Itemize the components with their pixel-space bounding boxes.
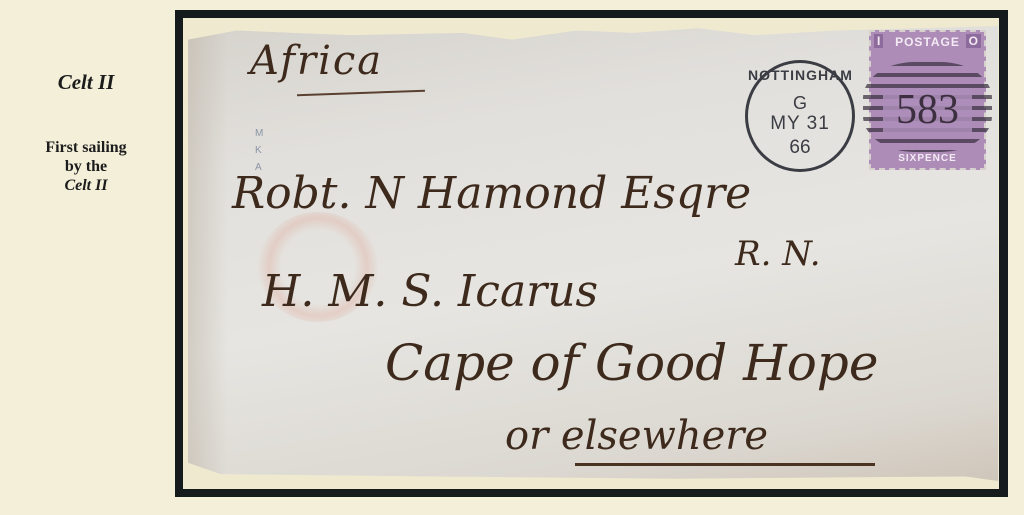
address-line-1b: R. N.: [735, 234, 821, 274]
caption-line-1: First sailing: [0, 138, 172, 157]
pencil-note: M: [255, 125, 263, 142]
postmark-year: 66: [748, 137, 852, 159]
postmark-date: MY 31: [748, 113, 852, 135]
caption-line-2: by the: [0, 157, 172, 176]
sixpence-stamp: I POSTAGE O 583 SIXPENCE: [869, 30, 986, 170]
postmark-code: G: [748, 93, 852, 114]
pencil-note: K: [255, 142, 263, 159]
cancel-number: 583: [883, 88, 972, 132]
nottingham-postmark: NOTTINGHAM G MY 31 66: [745, 60, 855, 172]
manuscript-africa: Africa: [250, 38, 383, 84]
stamp-corner-right: O: [966, 34, 981, 48]
caption-line-3: Celt II: [0, 176, 172, 195]
address-line-3: Cape of Good Hope: [385, 334, 878, 392]
caption-title: Celt II: [0, 70, 172, 95]
stamp-value-text: SIXPENCE: [871, 153, 984, 164]
postmark-town: NOTTINGHAM: [748, 67, 852, 83]
address-line-2: H. M. S. Icarus: [262, 266, 598, 317]
elsewhere-underline: [575, 463, 875, 466]
address-line-4: or elsewhere: [505, 413, 768, 459]
caption-body: First sailing by the Celt II: [0, 138, 172, 195]
address-line-1: Robt. N Hamond Esqre: [232, 168, 751, 219]
